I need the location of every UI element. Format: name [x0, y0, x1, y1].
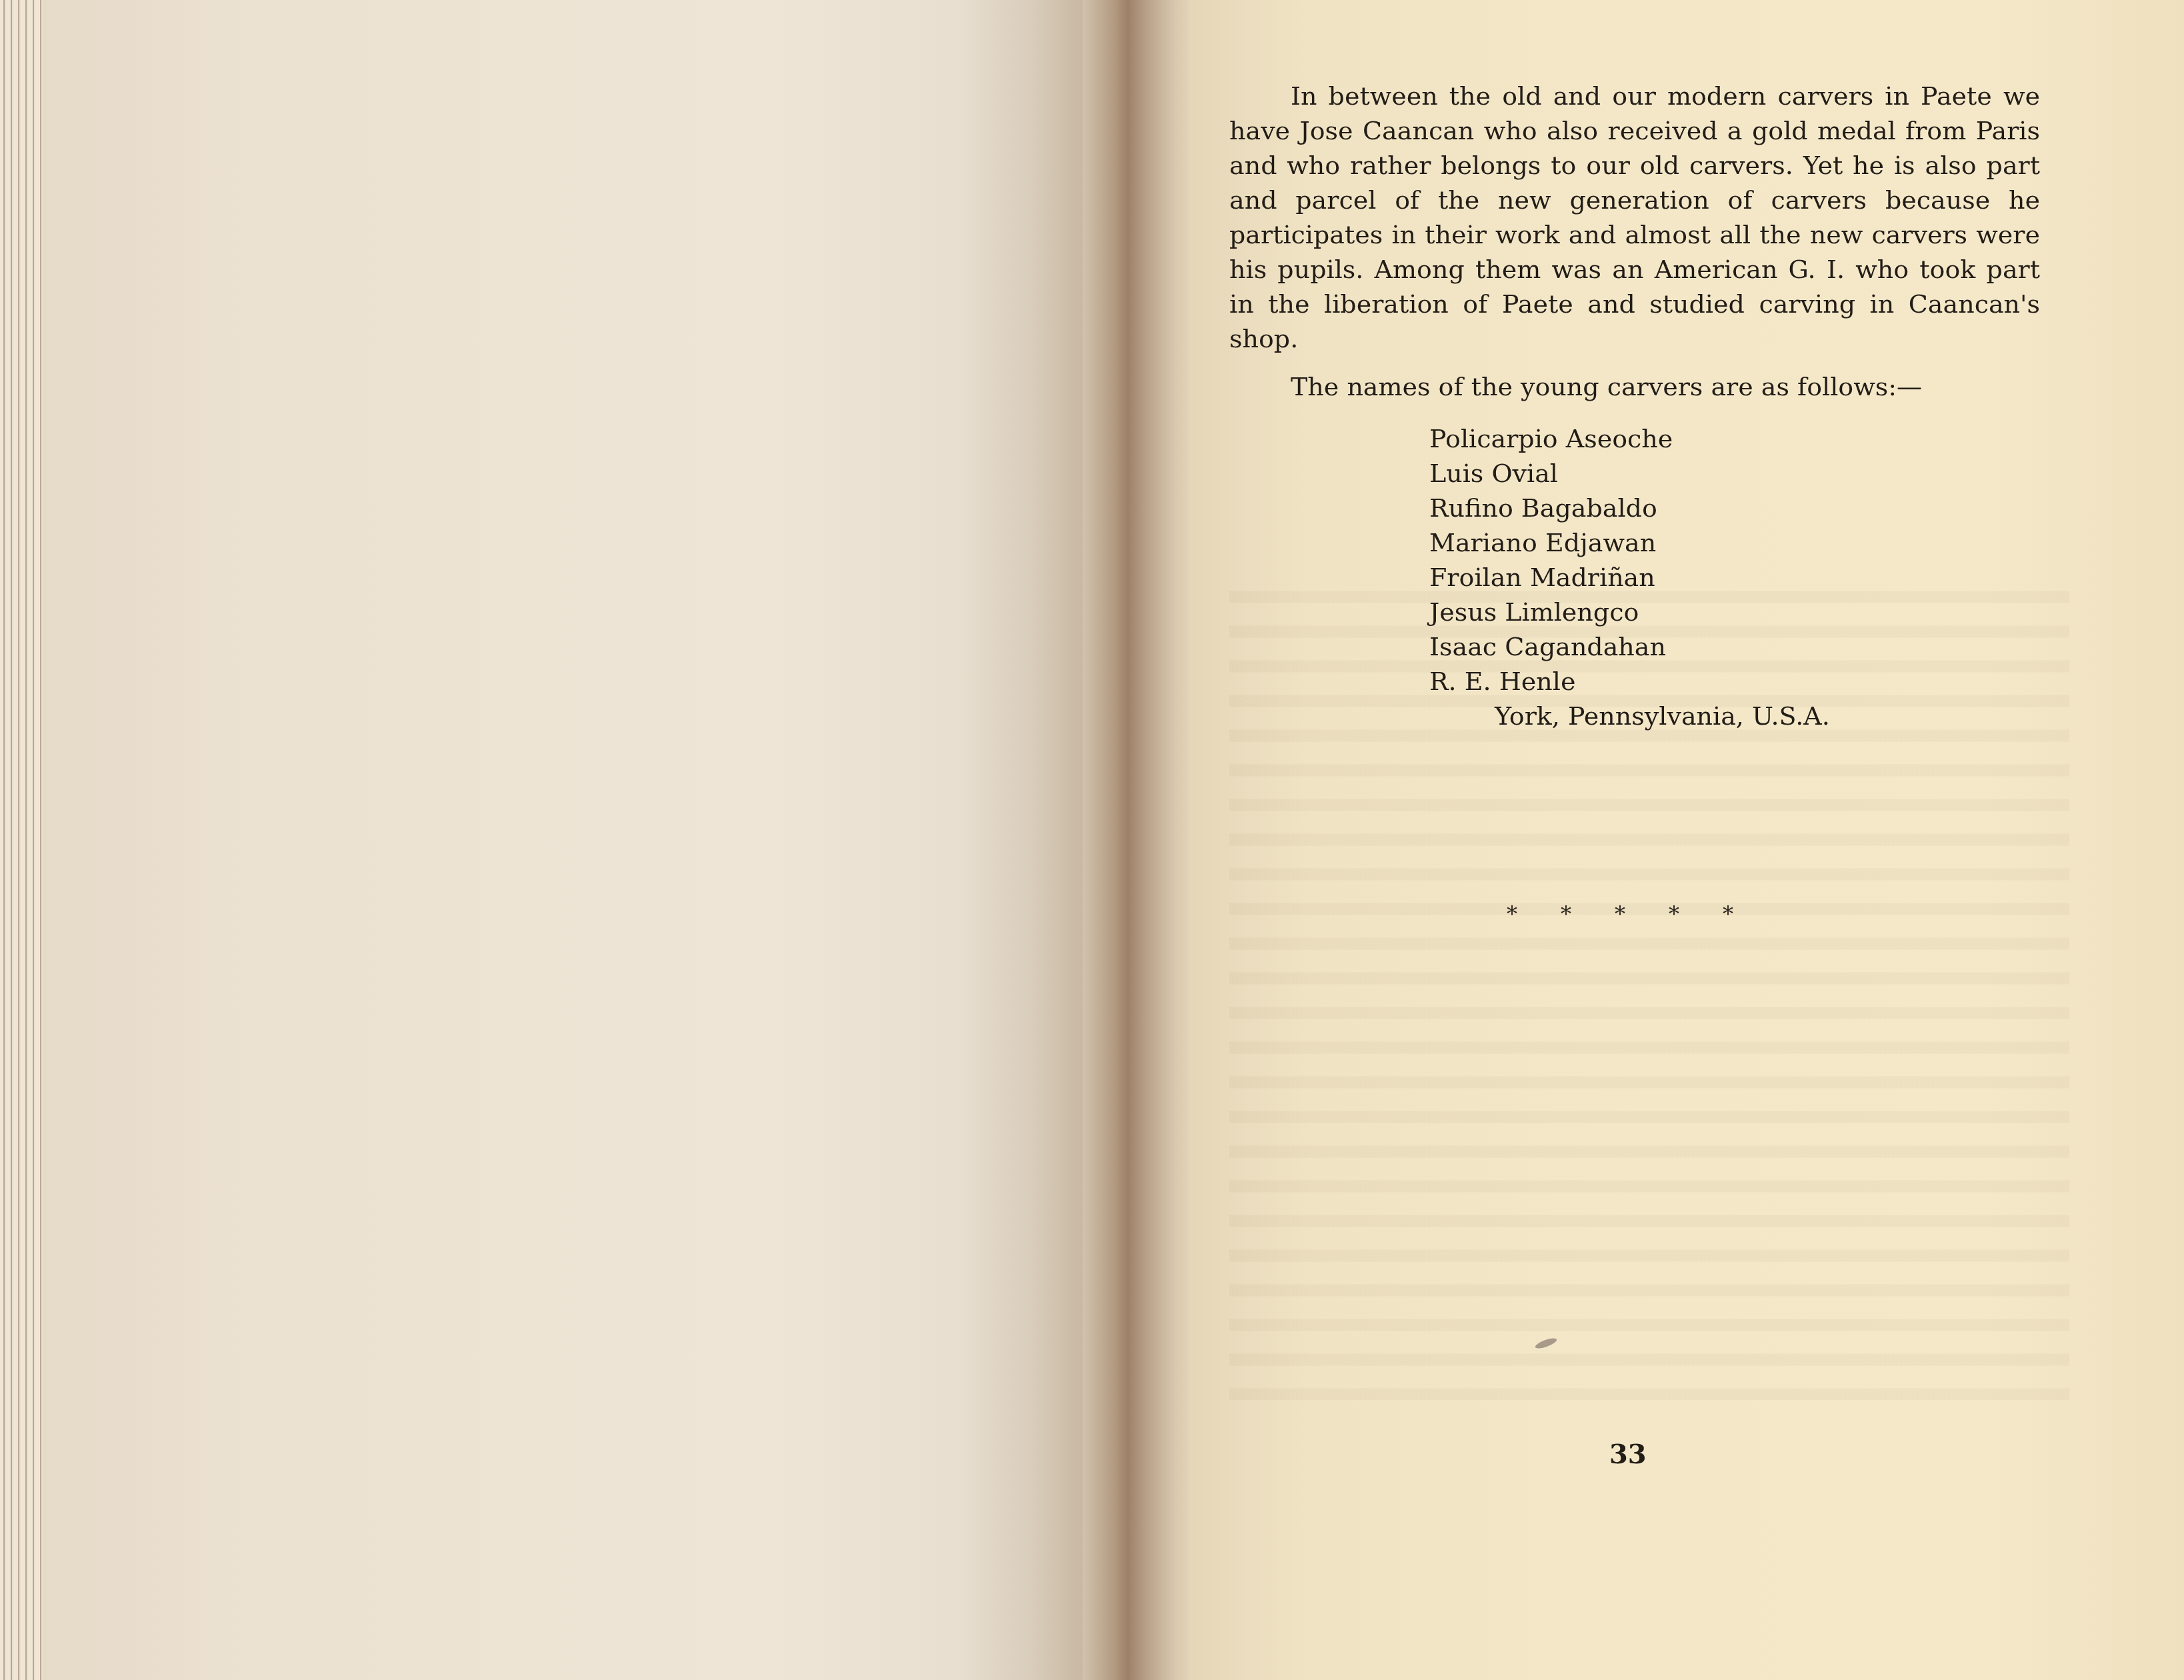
- page-edges: [0, 0, 44, 1680]
- page-number: 33: [1609, 1439, 1647, 1470]
- asterisk-icon: *: [1507, 901, 1517, 927]
- carver-address: York, Pennsylvania, U.S.A.: [1495, 699, 2040, 733]
- carver-name: Mariano Edjawan: [1429, 525, 2040, 560]
- asterisk-icon: *: [1615, 901, 1625, 927]
- carver-name: Isaac Cagandahan: [1429, 629, 2040, 664]
- carvers-list: Policarpio Aseoche Luis Ovial Rufino Bag…: [1429, 421, 2040, 699]
- right-page: In between the old and our modern carver…: [1189, 0, 2184, 1680]
- carver-name: Jesus Limlengco: [1429, 595, 2040, 629]
- body-paragraph: In between the old and our modern carver…: [1229, 79, 2040, 356]
- asterisk-icon: *: [1723, 901, 1733, 927]
- asterisk-icon: *: [1561, 901, 1571, 927]
- carver-name: Rufino Bagabaldo: [1429, 491, 2040, 525]
- book-gutter: [1083, 0, 1189, 1680]
- carver-name: Froilan Madriñan: [1429, 560, 2040, 595]
- left-page-blank: [43, 0, 1083, 1680]
- carver-name: Policarpio Aseoche: [1429, 421, 2040, 456]
- section-separator: * * * * *: [1507, 901, 1733, 927]
- carver-name: R. E. Henle: [1429, 664, 2040, 699]
- text-block: In between the old and our modern carver…: [1229, 79, 2040, 733]
- asterisk-icon: *: [1669, 901, 1679, 927]
- carver-name: Luis Ovial: [1429, 456, 2040, 491]
- carvers-intro: The names of the young carvers are as fo…: [1229, 369, 2040, 404]
